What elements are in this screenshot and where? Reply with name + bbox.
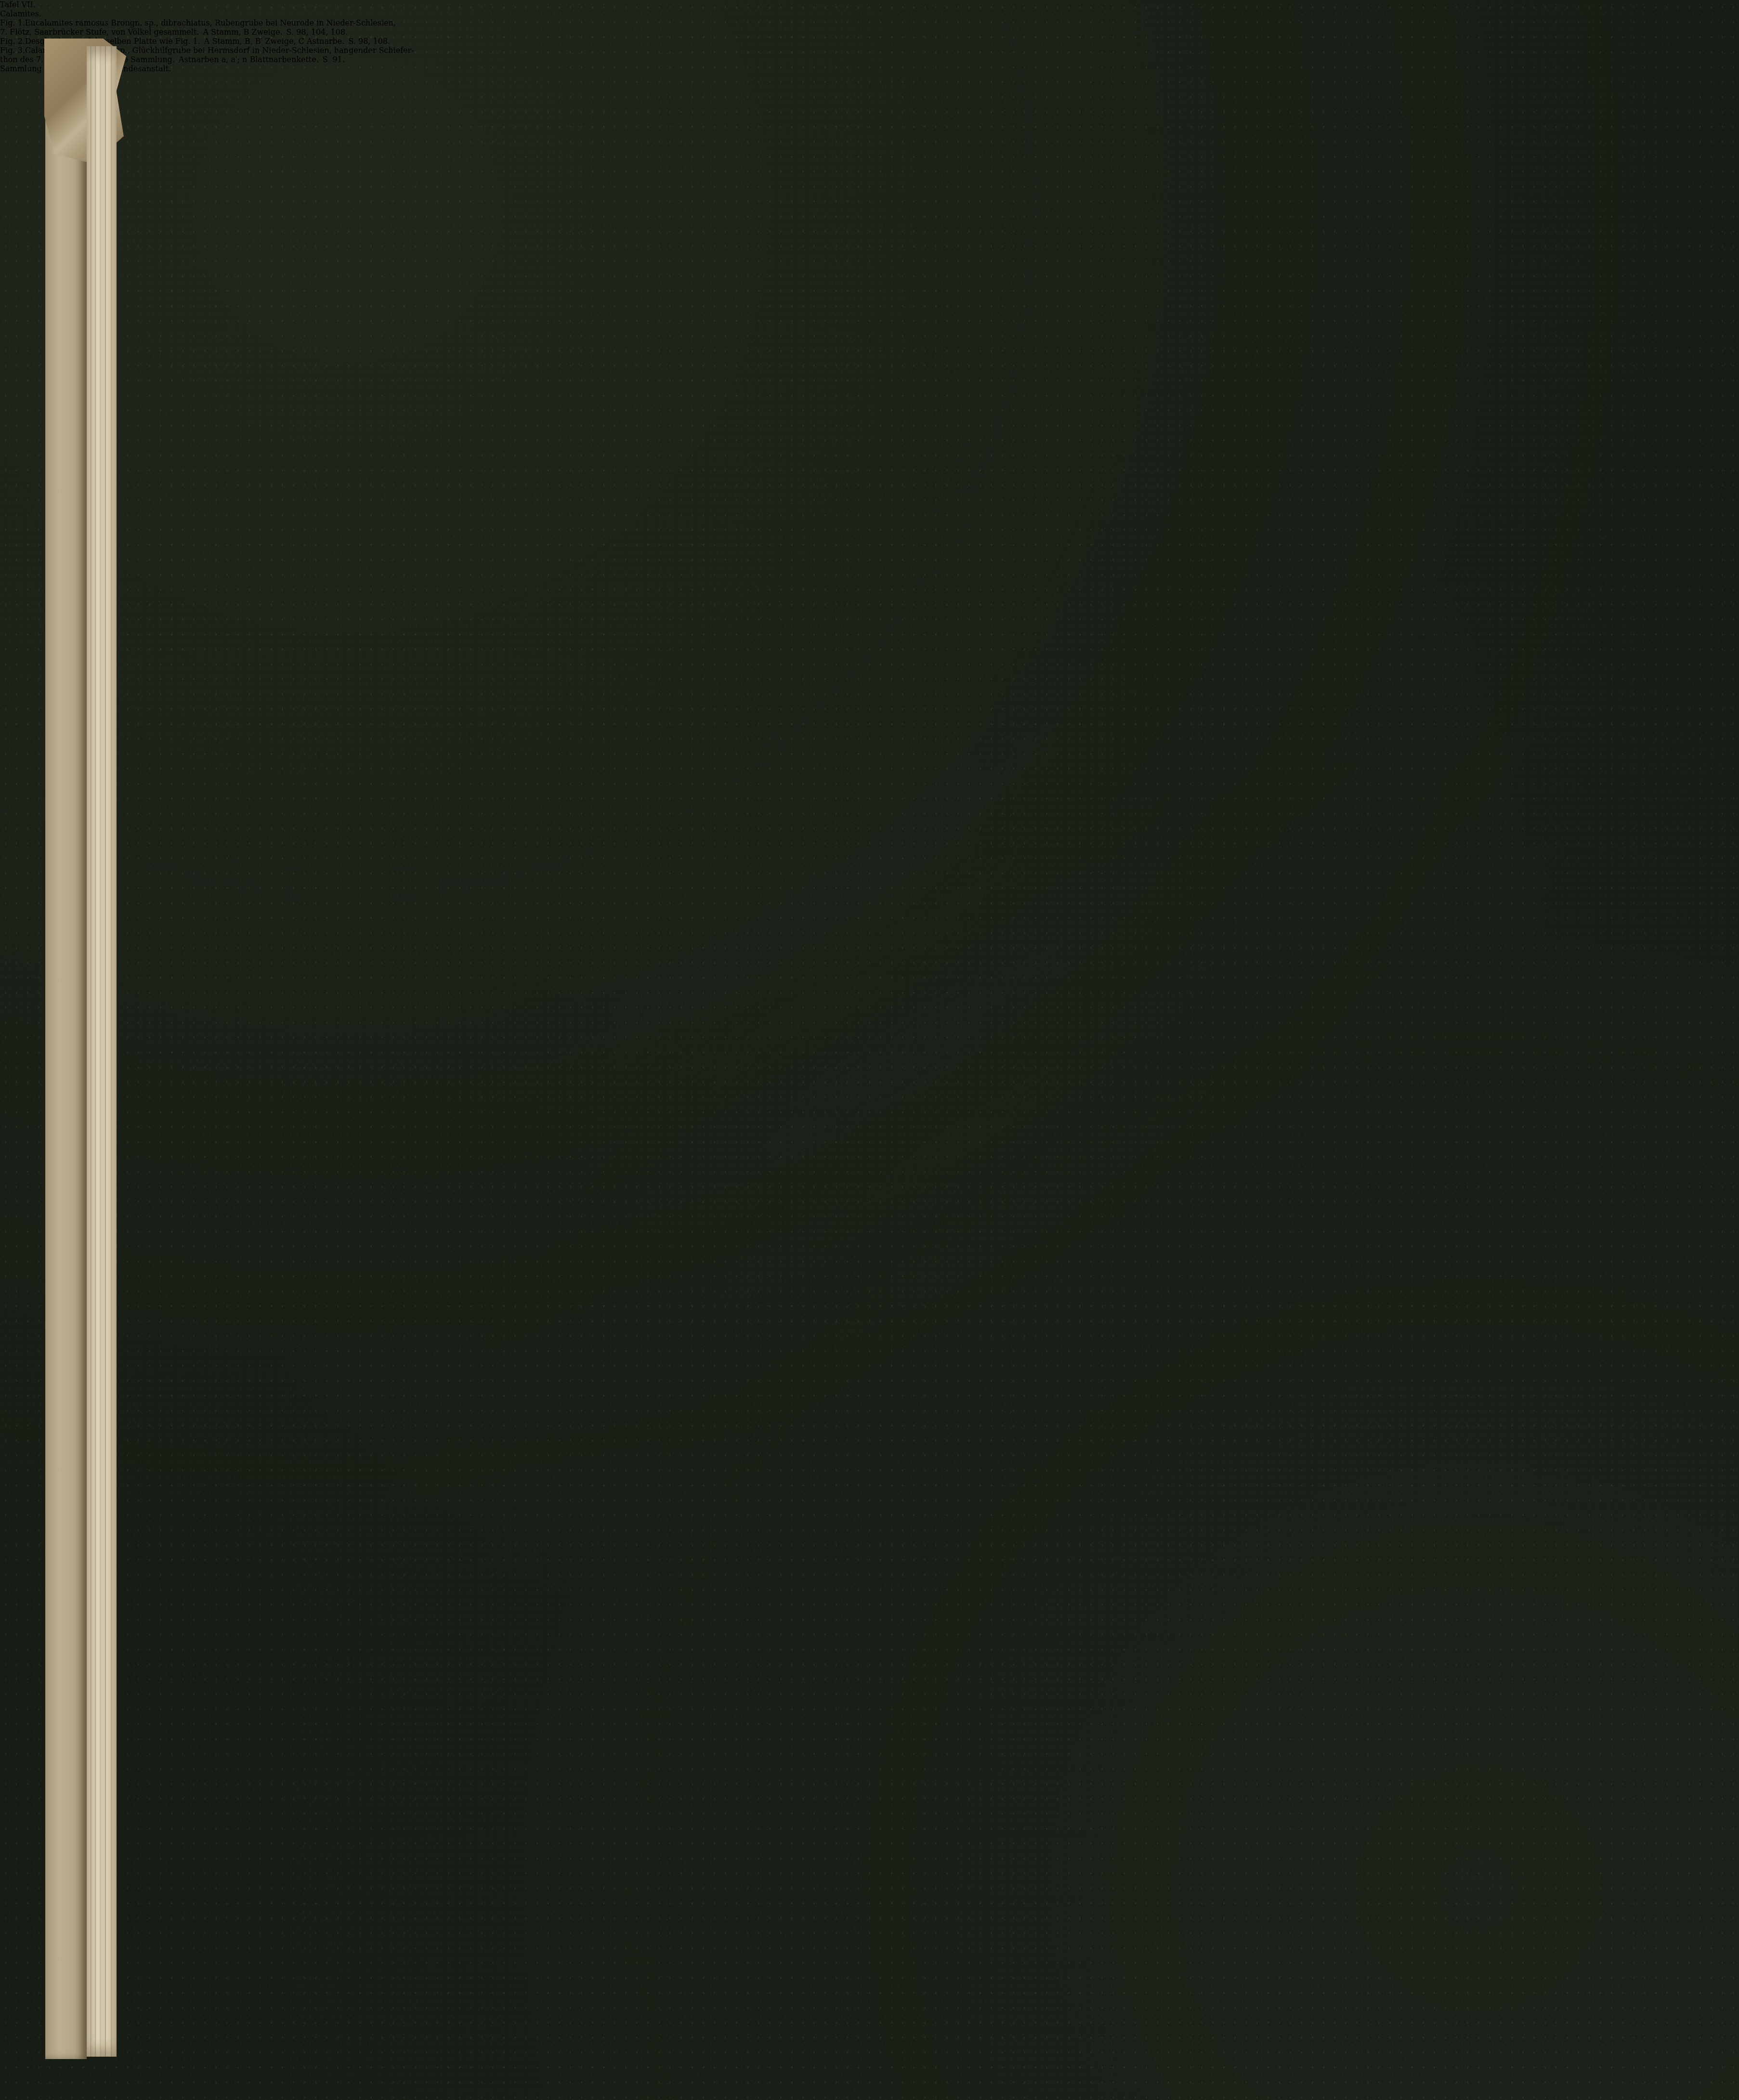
caption-text: gesammelt.	[151, 27, 203, 37]
caption-text: Völkel	[128, 27, 151, 37]
caption-text: a	[222, 55, 226, 64]
caption-text: Stamm,	[209, 27, 244, 37]
book-board-edge	[45, 41, 87, 2059]
page-stack-edges	[87, 46, 117, 2057]
caption-text: Brongn.	[111, 18, 142, 27]
figure-caption-line: 7. Flötz, Saarbrücker Stufe, von Völkel …	[0, 27, 1739, 37]
caption-text: n. sp., Glückhilfgrube bei Hermsdorf in …	[104, 46, 414, 55]
caption-text: Astnarbe. S. 98, 108.	[304, 37, 390, 46]
caption-text: B	[245, 37, 250, 46]
caption-text: Blattnarbenkette. S. 91.	[247, 55, 344, 64]
figure-caption-line: Fig. 3.Calamitina discifera n. sp., Glüc…	[0, 46, 1739, 55]
figure-caption-line: thon des 7. Flötzes, Beinert’sche Sammlu…	[0, 55, 1739, 64]
caption-text: C	[299, 37, 304, 46]
caption-text: , Rubengrube bei Neurode in Nieder-Schle…	[210, 18, 396, 27]
figure-label: Fig. 3.	[0, 46, 25, 55]
caption-text: a′	[231, 55, 237, 64]
figure-captions: Fig. 1.Eucalamites ramosus Brongn. sp., …	[0, 18, 1739, 64]
caption-text: ,	[250, 37, 255, 46]
caption-text: B	[244, 27, 249, 37]
caption-text: Sammlung. Astnarben	[128, 55, 222, 64]
caption-text: n	[242, 55, 247, 64]
book-scan: Tafel VII. Calamites. Fig. 1.Eucalamites…	[0, 0, 1739, 2100]
caption-text: Eucalamites ramosus	[25, 18, 108, 27]
figure-label: Fig. 1.	[0, 18, 25, 27]
caption-text: 7. Flötz, Saarbrücker Stufe, von	[0, 27, 128, 37]
plate-title: Tafel VII.	[0, 0, 1739, 9]
caption-text: ;	[237, 55, 242, 64]
caption-text: sp.,	[142, 18, 161, 27]
caption-text: A	[203, 27, 209, 37]
caption-text: A	[204, 37, 210, 46]
figure-caption-line: Fig. 2.Desgleichen, auf derselben Platte…	[0, 37, 1739, 46]
caption-text: Zweige. S. 98, 104, 108.	[249, 27, 348, 37]
genus-heading: Calamites.	[0, 9, 1739, 18]
caption-text: B′	[255, 37, 262, 46]
figure-label: Fig. 2.	[0, 37, 25, 46]
collection-note: Sammlung der geologischen Landesanstalt.	[0, 64, 1739, 73]
caption-text: dibrachiatus	[161, 18, 210, 27]
figure-caption-line: Fig. 1.Eucalamites ramosus Brongn. sp., …	[0, 18, 1739, 27]
caption-text: Stamm,	[209, 37, 245, 46]
caption-text: Zweige,	[262, 37, 298, 46]
caption-text: ,	[226, 55, 231, 64]
